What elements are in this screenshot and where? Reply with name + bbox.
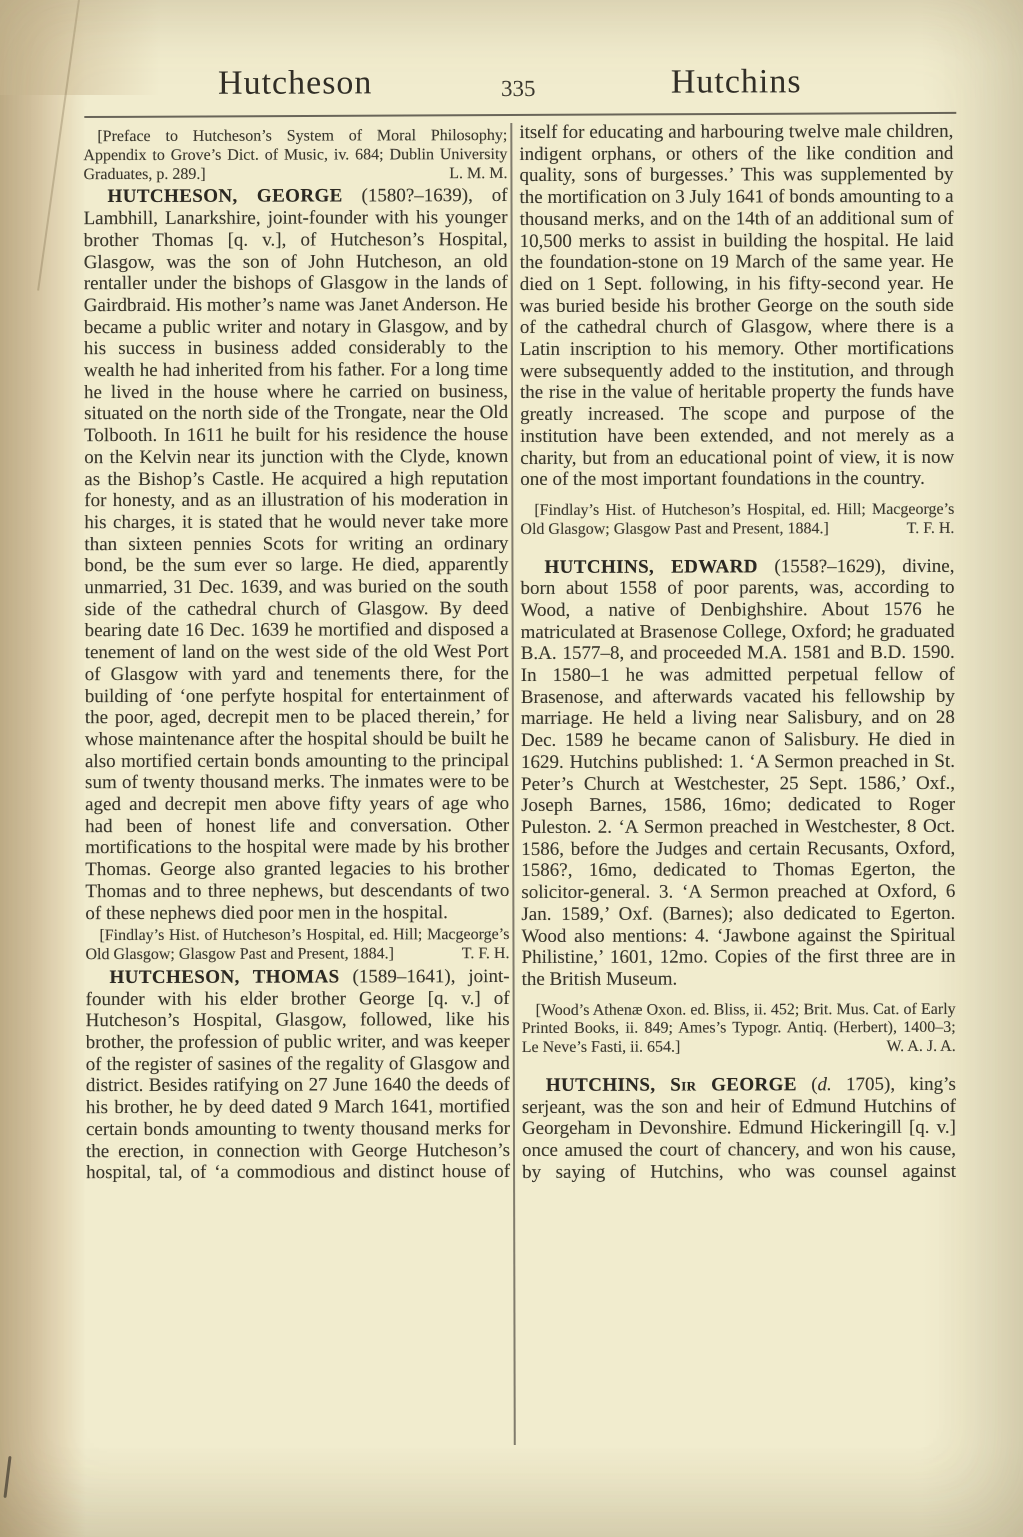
left-column: [Preface to Hutcheson’s System of Moral …: [83, 124, 510, 1184]
entry-body: of Lambhill, Lanarkshire, joint-founder …: [84, 185, 510, 923]
entry-body: divine, born about 1558 of poor parents,…: [521, 555, 956, 989]
entry-name: HUTCHINS, Sir GEORGE: [546, 1074, 797, 1096]
entry-name: HUTCHESON, GEORGE: [107, 186, 342, 208]
citation-text: [Findlay’s Hist. of Hutcheson’s Hospital…: [520, 501, 954, 538]
header-title-right: Hutchins: [519, 63, 953, 102]
contributor-initials: T. F. H.: [462, 945, 510, 964]
contributor-initials: L. M. M.: [449, 165, 507, 184]
scanned-page: Hutcheson 335 Hutchins [Preface to Hutch…: [0, 0, 1023, 1537]
header-title-left: Hutcheson: [83, 64, 507, 103]
entry-dates: (1589–1641),: [353, 966, 456, 987]
entry-surname: HUTCHINS,: [546, 1075, 656, 1096]
citation-block: [Findlay’s Hist. of Hutcheson’s Hospital…: [85, 926, 509, 965]
entry-forename: GEORGE: [711, 1074, 797, 1095]
header-rule: [84, 112, 956, 118]
contributor-initials: T. F. H.: [907, 520, 955, 539]
citation-block: [Findlay’s Hist. of Hutcheson’s Hospital…: [520, 501, 954, 540]
dates-year: 1705),: [832, 1074, 895, 1095]
citation-text: [Findlay’s Hist. of Hutcheson’s Hospital…: [85, 926, 509, 963]
entry-dates: (d. 1705),: [811, 1074, 895, 1095]
entry-hutchins-sir-george: HUTCHINS, Sir GEORGE (d. 1705), king’s s…: [522, 1074, 956, 1184]
entry-body: joint-founder with his elder brother Geo…: [86, 966, 511, 1183]
column-divider-rule: [510, 123, 515, 1445]
right-column: itself for educating and harbouring twel…: [519, 121, 956, 1184]
entry-body: itself for educating and harbouring twel…: [519, 121, 954, 490]
entry-dates: (1580?–1639),: [361, 185, 472, 206]
entry-dates: (1558?–1629),: [774, 556, 885, 577]
entry-hutcheson-george: HUTCHESON, GEORGE (1580?–1639), of Lambh…: [83, 185, 509, 924]
contributor-initials: W. A. J. A.: [887, 1038, 956, 1057]
citation-block: [Wood’s Athenæ Oxon. ed. Bliss, ii. 452;…: [522, 1000, 956, 1058]
entry-name: HUTCHESON, THOMAS: [110, 966, 340, 988]
entry-thomas-continuation: itself for educating and harbouring twel…: [519, 121, 954, 491]
entry-hutcheson-thomas: HUTCHESON, THOMAS (1589–1641), joint-fou…: [86, 966, 511, 1184]
entry-name: HUTCHINS, EDWARD: [544, 556, 757, 578]
dates-died-abbrev: d.: [817, 1074, 831, 1095]
entry-title-sir: Sir: [670, 1075, 696, 1096]
citation-block: [Preface to Hutcheson’s System of Moral …: [83, 127, 507, 185]
citation-text: [Preface to Hutcheson’s System of Moral …: [83, 127, 507, 183]
entry-hutchins-edward: HUTCHINS, EDWARD (1558?–1629), divine, b…: [520, 555, 955, 990]
